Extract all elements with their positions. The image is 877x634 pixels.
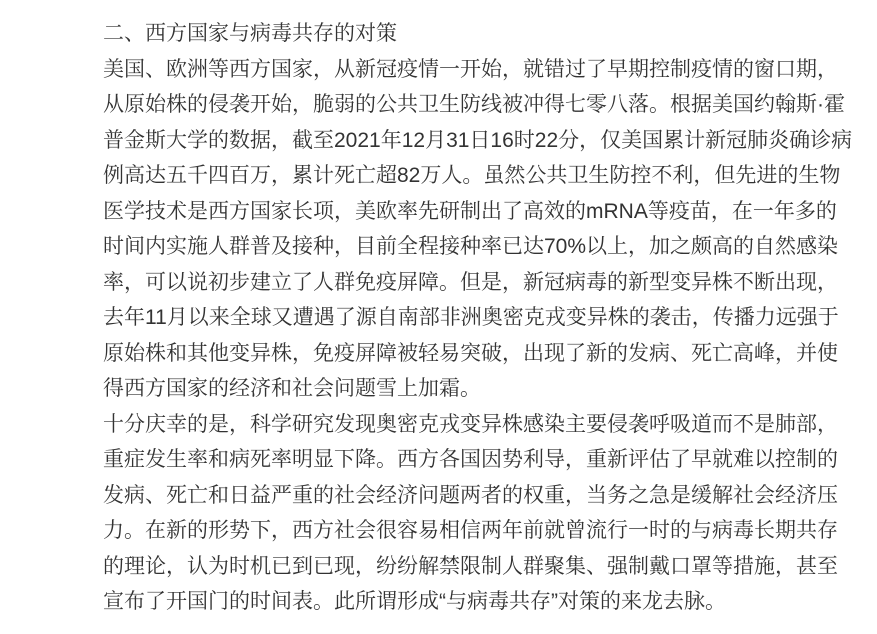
text-line: 从原始株的侵袭开始，脆弱的公共卫生防线被冲得七零八落。根据美国约翰斯·霍 bbox=[103, 87, 860, 123]
text-line: 宣布了开国门的时间表。此所谓形成“与病毒共存”对策的来龙去脉。 bbox=[103, 584, 860, 620]
text-line: 得西方国家的经济和社会问题雪上加霜。 bbox=[103, 371, 860, 407]
text-line: 原始株和其他变异株，免疫屏障被轻易突破，出现了新的发病、死亡高峰，并使 bbox=[103, 336, 860, 372]
text-line: 重症发生率和病死率明显下降。西方各国因势利导，重新评估了早就难以控制的 bbox=[103, 442, 860, 478]
text-line: 时间内实施人群普及接种，目前全程接种率已达70%以上，加之颇高的自然感染 bbox=[103, 229, 860, 265]
text-line: 的理论，认为时机已到已现，纷纷解禁限制人群聚集、强制戴口罩等措施，甚至 bbox=[103, 549, 860, 585]
text-line: 力。在新的形势下，西方社会很容易相信两年前就曾流行一时的与病毒长期共存 bbox=[103, 513, 860, 549]
paragraph-1: 美国、欧洲等西方国家，从新冠疫情一开始，就错过了早期控制疫情的窗口期， 从原始株… bbox=[103, 52, 860, 407]
page: { "colors": { "background": "#ffffff", "… bbox=[0, 0, 877, 634]
paragraph-2: 十分庆幸的是，科学研究发现奥密克戎变异株感染主要侵袭呼吸道而不是肺部， 重症发生… bbox=[103, 407, 860, 620]
section-title: 二、西方国家与病毒共存的对策 bbox=[103, 16, 860, 52]
document-body: 二、西方国家与病毒共存的对策 美国、欧洲等西方国家，从新冠疫情一开始，就错过了早… bbox=[0, 0, 860, 620]
text-line: 例高达五千四百万，累计死亡超82万人。虽然公共卫生防控不利，但先进的生物 bbox=[103, 158, 860, 194]
text-line: 去年11月以来全球又遭遇了源自南部非洲奥密克戎变异株的袭击，传播力远强于 bbox=[103, 300, 860, 336]
text-line: 率，可以说初步建立了人群免疫屏障。但是，新冠病毒的新型变异株不断出现， bbox=[103, 265, 860, 301]
text-line: 十分庆幸的是，科学研究发现奥密克戎变异株感染主要侵袭呼吸道而不是肺部， bbox=[103, 407, 860, 443]
text-line: 普金斯大学的数据，截至2021年12月31日16时22分，仅美国累计新冠肺炎确诊… bbox=[103, 123, 860, 159]
text-line: 美国、欧洲等西方国家，从新冠疫情一开始，就错过了早期控制疫情的窗口期， bbox=[103, 52, 860, 88]
text-line: 医学技术是西方国家长项，美欧率先研制出了高效的mRNA等疫苗，在一年多的 bbox=[103, 194, 860, 230]
text-line: 发病、死亡和日益严重的社会经济问题两者的权重，当务之急是缓解社会经济压 bbox=[103, 478, 860, 514]
